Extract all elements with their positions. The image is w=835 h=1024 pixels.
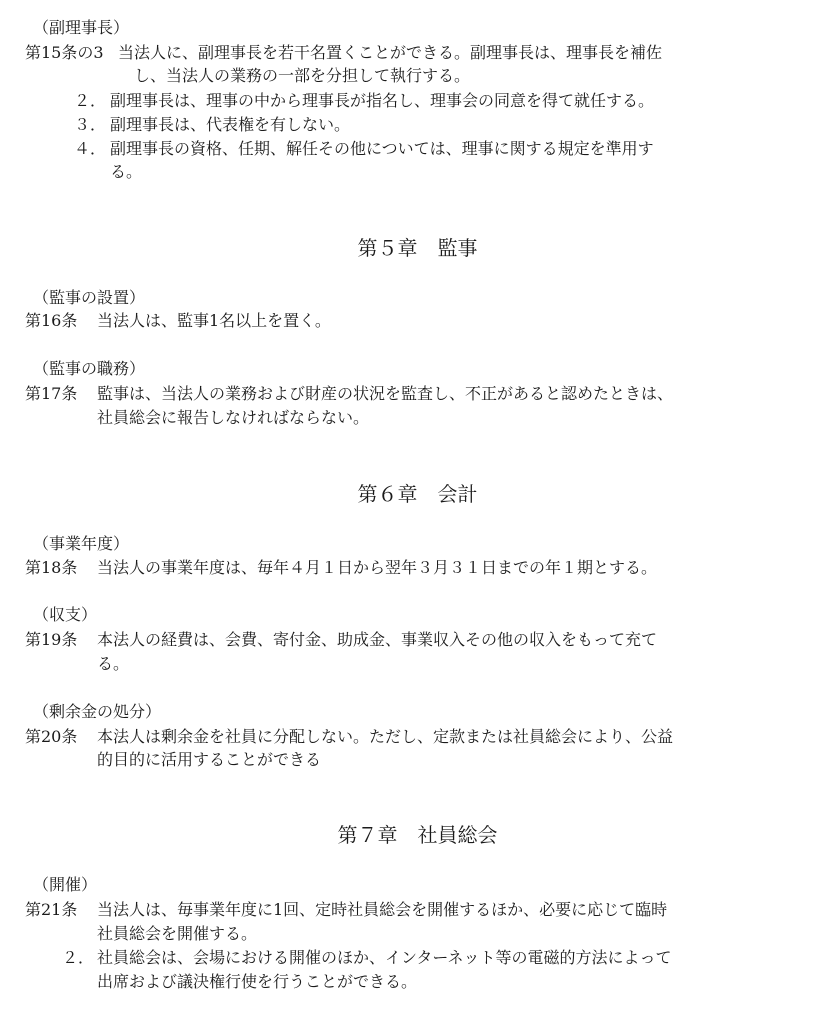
paragraph-text: 副理事長は、代表権を有しない。 — [110, 115, 350, 135]
article-heading: （剰余金の処分） — [33, 702, 161, 722]
article-label: 第17条 — [25, 384, 77, 404]
article-body-continuation: 的目的に活用することができる — [97, 750, 321, 770]
article-body: 本法人の経費は、会費、寄付金、助成金、事業収入その他の収入をもって充て — [97, 630, 657, 650]
article-label: 第18条 — [25, 558, 77, 578]
article-label: 第15条の3 — [25, 43, 104, 63]
article-heading: （事業年度） — [33, 534, 129, 554]
article-body: 当法人は、監事1名以上を置く。 — [97, 311, 331, 331]
article-label: 第21条 — [25, 900, 77, 920]
article-body-continuation: 社員総会を開催する。 — [97, 924, 257, 944]
chapter-title: 第７章 社員総会 — [0, 822, 835, 848]
article-body-continuation: る。 — [97, 654, 129, 674]
article-body: 当法人の事業年度は、毎年４月１日から翌年３月３１日までの年１期とする。 — [97, 558, 657, 578]
paragraph-number: ３． — [74, 115, 106, 135]
paragraph-number: ２． — [74, 91, 106, 111]
article-heading: （開催） — [33, 875, 97, 895]
article-body-continuation: 社員総会に報告しなければならない。 — [97, 408, 369, 428]
article-heading: （監事の設置） — [33, 288, 145, 308]
chapter-title: 第６章 会計 — [0, 481, 835, 507]
article-body: 当法人は、毎事業年度に1回、定時社員総会を開催するほか、必要に応じて臨時 — [97, 900, 667, 920]
paragraph-text: 副理事長は、理事の中から理事長が指名し、理事会の同意を得て就任する。 — [110, 91, 654, 111]
article-body: 本法人は剰余金を社員に分配しない。ただし、定款または社員総会により、公益 — [97, 727, 673, 747]
article-heading: （収支） — [33, 605, 97, 625]
article-heading: （副理事長） — [33, 18, 129, 38]
paragraph-text: 副理事長の資格、任期、解任その他については、理事に関する規定を準用す — [110, 139, 654, 159]
chapter-title: 第５章 監事 — [0, 235, 835, 261]
paragraph-text: 社員総会は、会場における開催のほか、インターネット等の電磁的方法によって — [97, 948, 672, 968]
paragraph-text-continuation: る。 — [110, 162, 142, 182]
paragraph-number: ２． — [62, 948, 94, 968]
article-heading: （監事の職務） — [33, 359, 145, 379]
article-label: 第20条 — [25, 727, 77, 747]
paragraph-text-continuation: 出席および議決権行使を行うことができる。 — [97, 972, 417, 992]
article-label: 第16条 — [25, 311, 77, 331]
article-label: 第19条 — [25, 630, 77, 650]
article-body: 当法人に、副理事長を若干名置くことができる。副理事長は、理事長を補佐 — [118, 43, 662, 63]
article-body: 監事は、当法人の業務および財産の状況を監査し、不正があると認めたときは、 — [97, 384, 673, 404]
article-body-continuation: し、当法人の業務の一部を分担して執行する。 — [134, 66, 470, 86]
paragraph-number: ４． — [74, 139, 106, 159]
